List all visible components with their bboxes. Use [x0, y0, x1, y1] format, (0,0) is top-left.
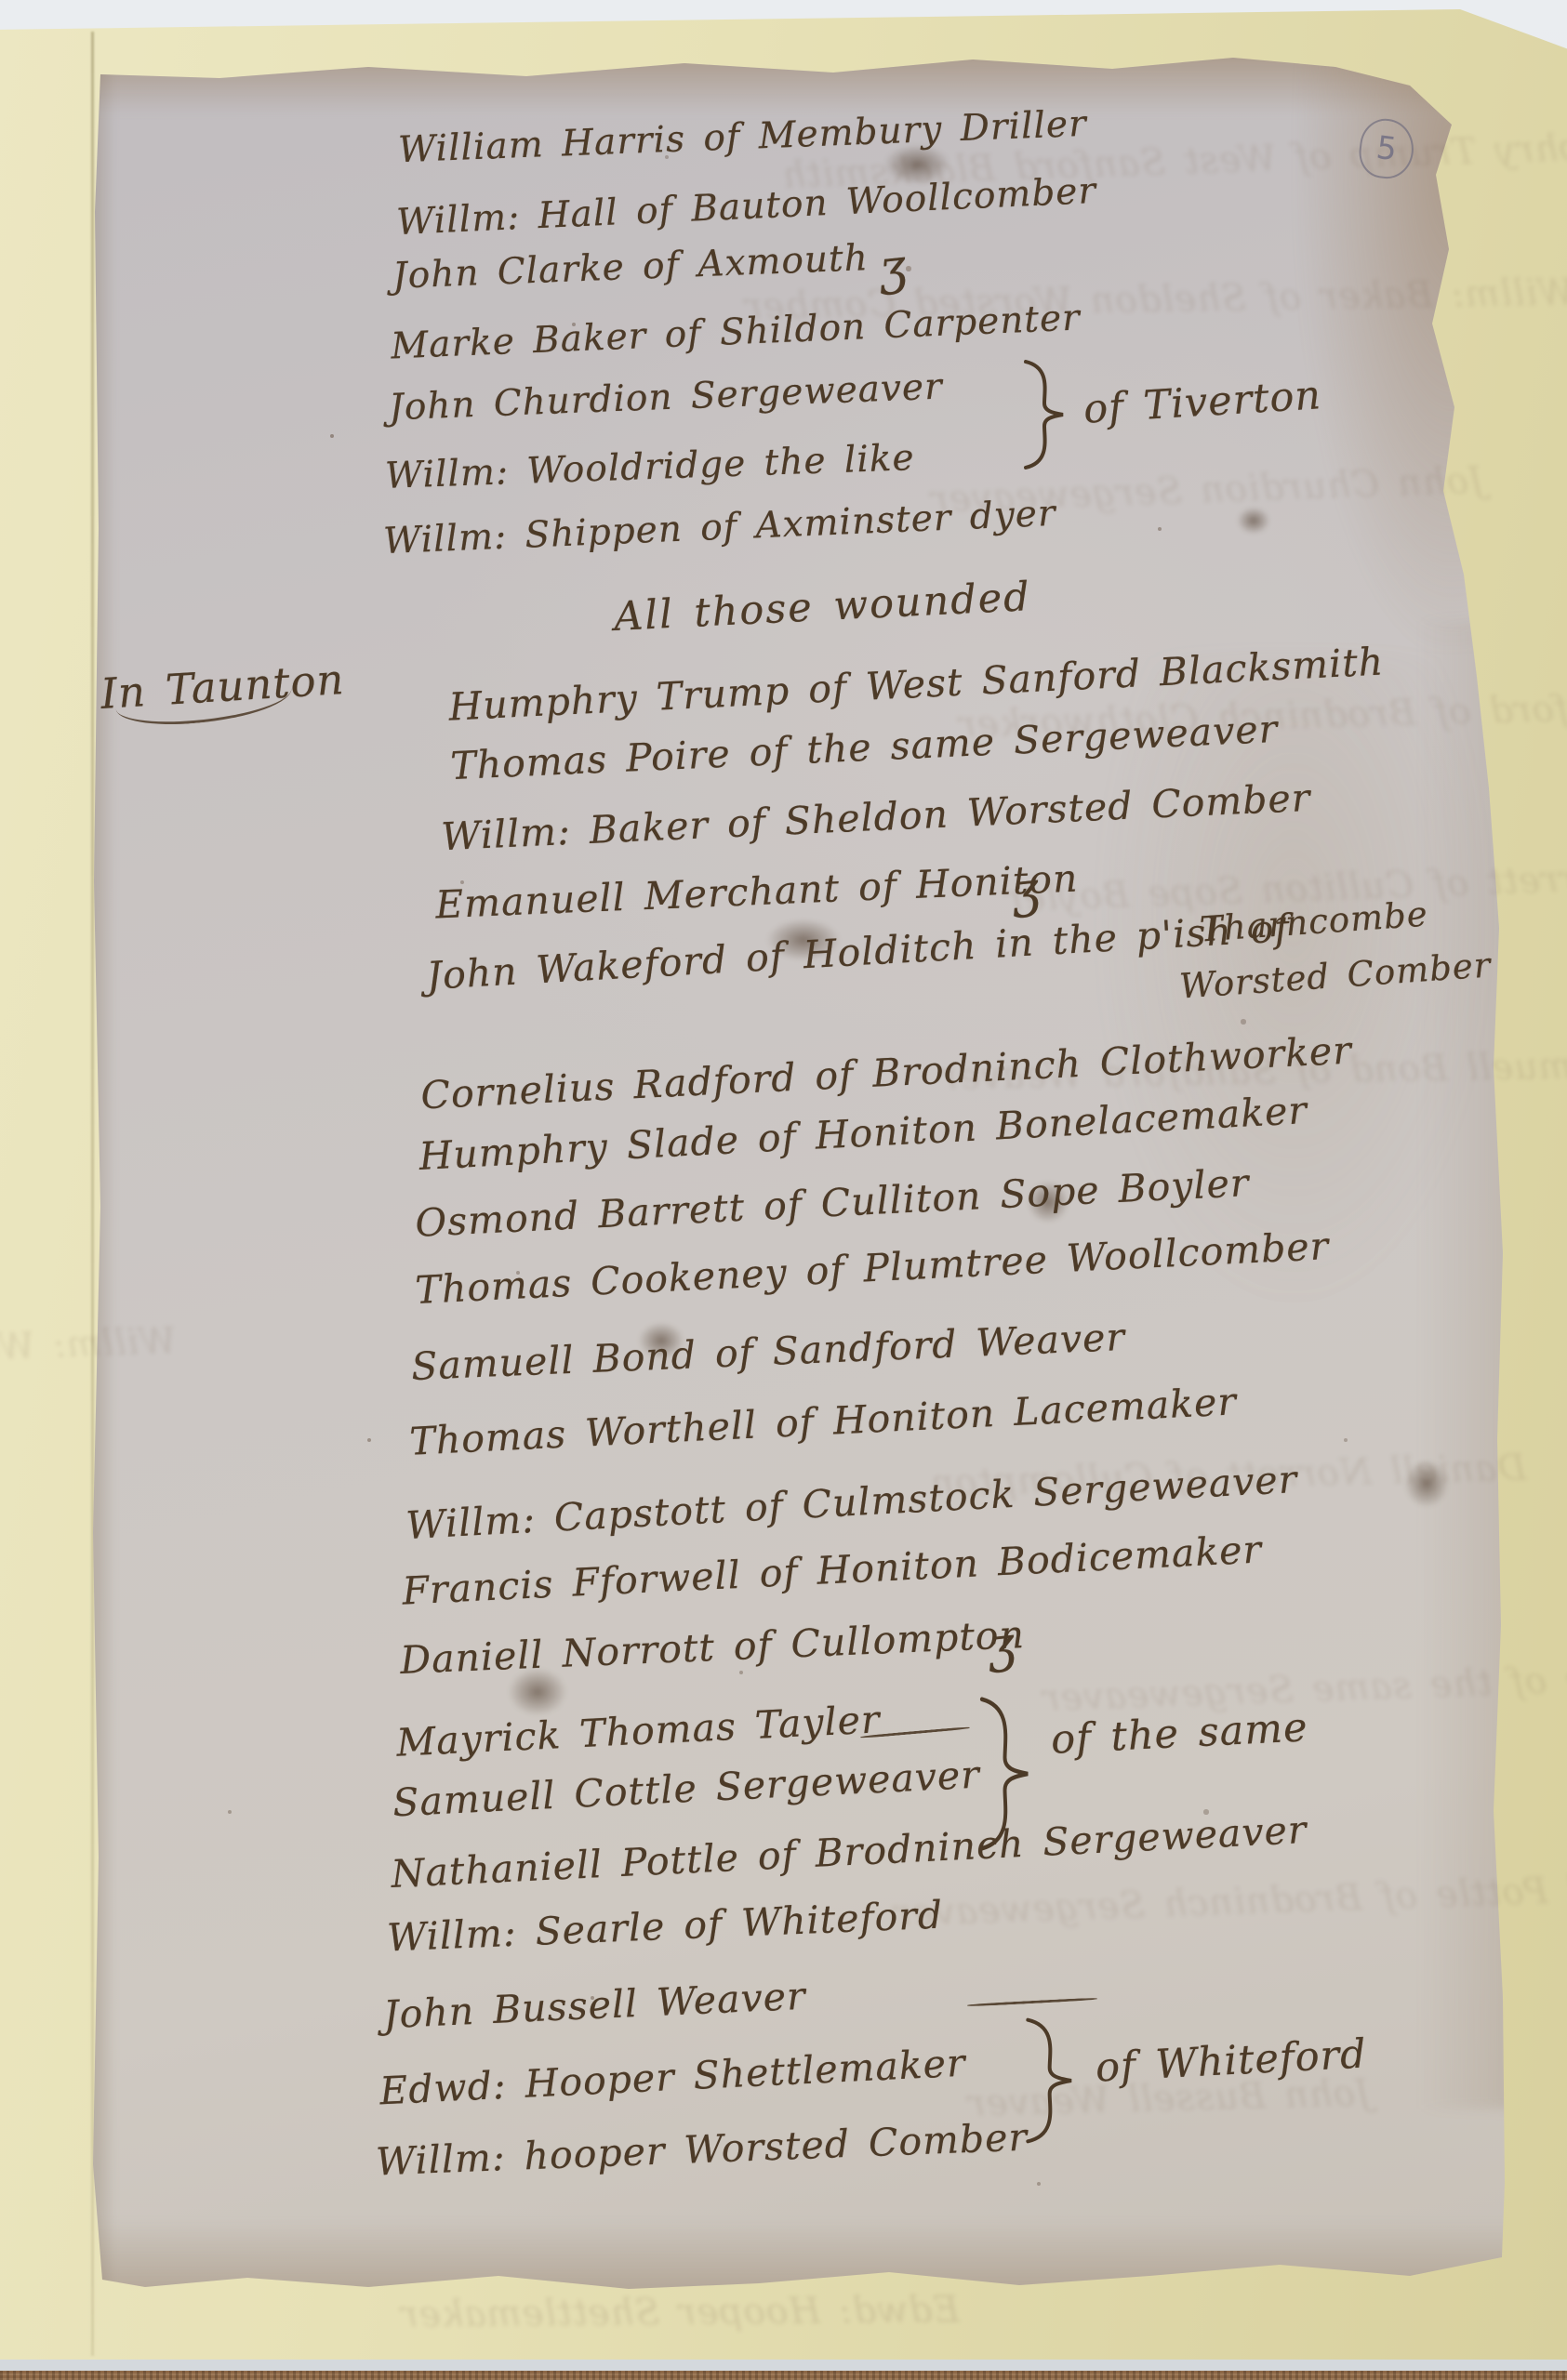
- abbreviation-flourish: ʒ: [876, 239, 909, 297]
- abbreviation-flourish: ʒ: [985, 1617, 1017, 1675]
- ink-blot: [1404, 1460, 1449, 1508]
- fold-crease: [91, 32, 94, 2356]
- grouping-brace: [1018, 358, 1074, 471]
- manuscript-photo: Humphry Trump of West Sanford Blacksmith…: [0, 0, 1567, 2380]
- page-number-value: 5: [1374, 129, 1399, 168]
- ink-blot: [1237, 507, 1270, 535]
- offset-print: Edwd: Hooper Shettlemaker: [400, 2289, 960, 2335]
- grouping-brace: [1019, 2016, 1084, 2146]
- abbreviation-flourish: ʒ: [1009, 862, 1042, 920]
